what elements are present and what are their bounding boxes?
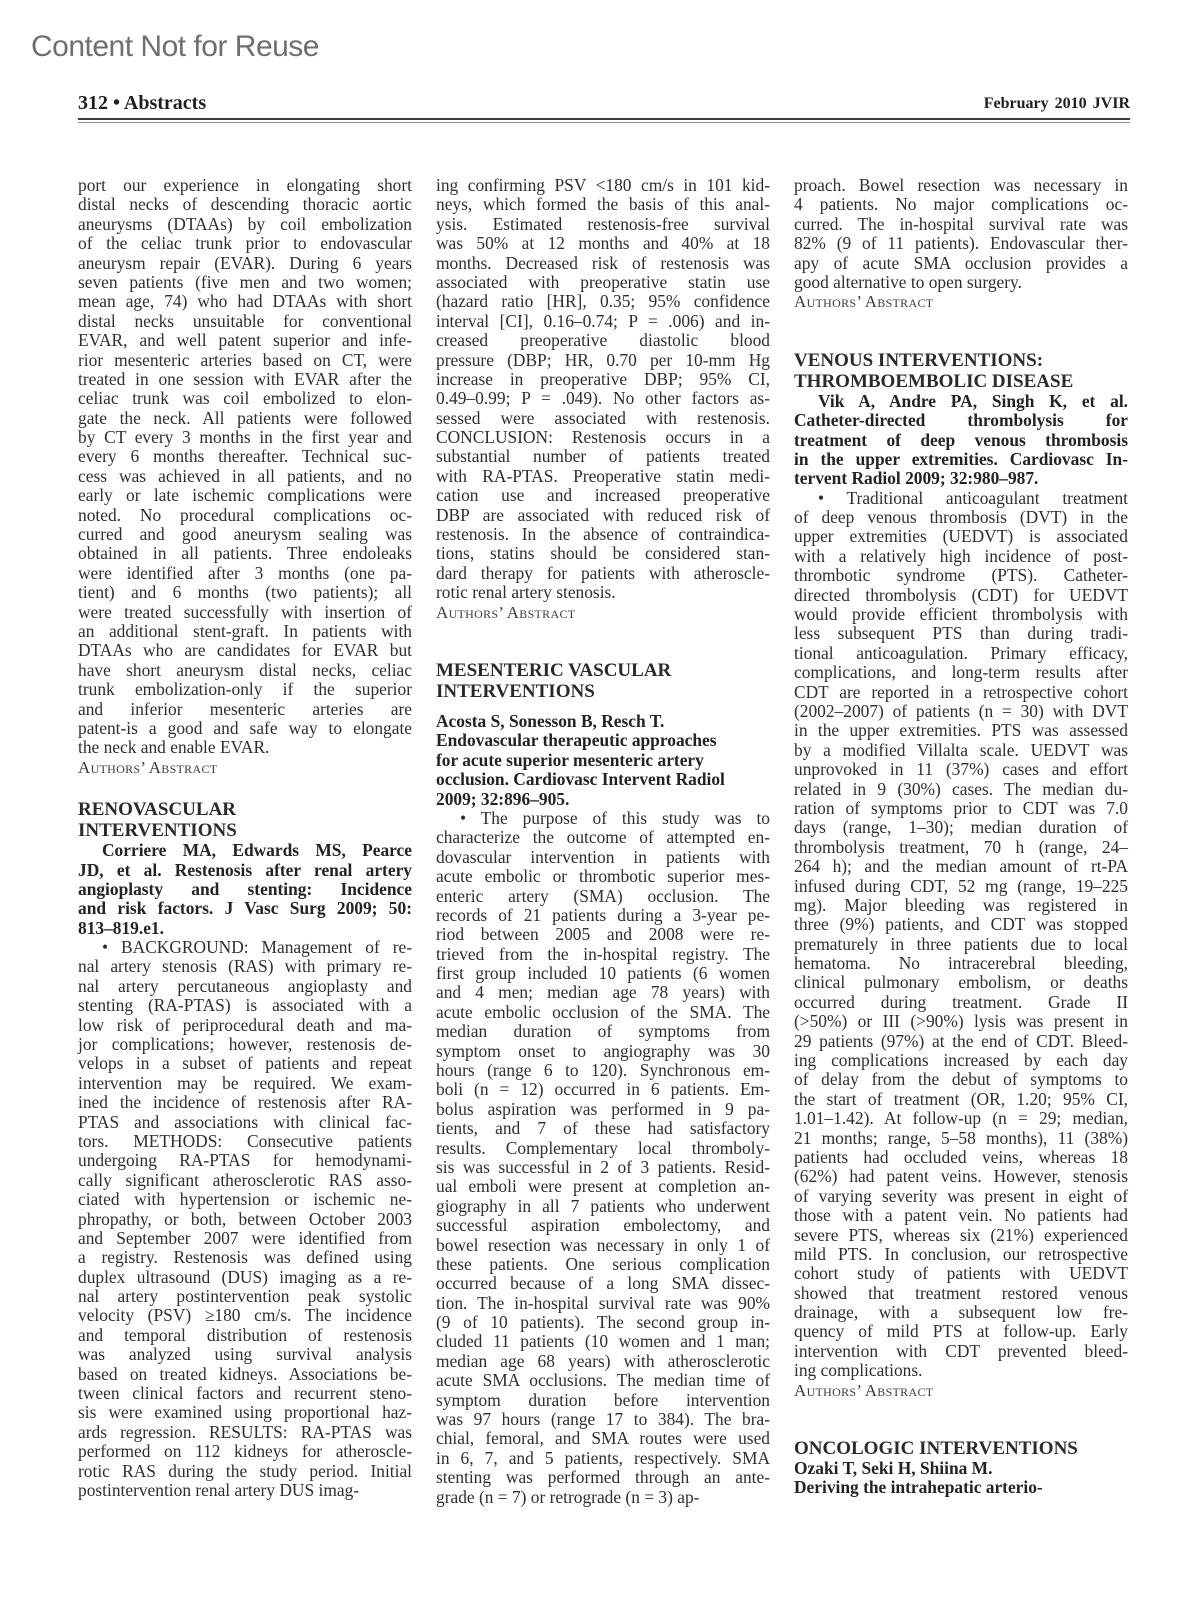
body-line: bowel resection was necessary in only 1 … xyxy=(436,1236,770,1255)
body-line: and 4 men; median age 78 years) with xyxy=(436,983,770,1002)
abstract-body: proach. Bowel resection was necessary in… xyxy=(794,176,1128,292)
authors-abstract-label: Authors’ Abstract xyxy=(78,758,412,777)
body-line: of the celiac trunk prior to endovascula… xyxy=(78,234,412,253)
body-line: mg). Major bleeding was registered in xyxy=(794,896,1128,915)
section-heading-line: INTERVENTIONS xyxy=(78,820,412,841)
body-line: enteric artery (SMA) occlusion. The xyxy=(436,887,770,906)
body-line: early or late ischemic complications wer… xyxy=(78,486,412,505)
body-line: sis was successful in 2 of 3 patients. R… xyxy=(436,1158,770,1177)
body-line: occurred during treatment. Grade II xyxy=(794,993,1128,1012)
body-line: rotic renal artery stenosis. xyxy=(436,583,770,602)
body-line: aneurysm repair (EVAR). During 6 years xyxy=(78,254,412,273)
attribution-label: Authors’ Abstract xyxy=(436,603,770,622)
body-line: was 50% at 12 months and 40% at 18 xyxy=(436,234,770,253)
body-line: those with a patent vein. No patients ha… xyxy=(794,1206,1128,1225)
body-line: proach. Bowel resection was necessary in xyxy=(794,176,1128,195)
body-line: three (9%) patients, and CDT was stopped xyxy=(794,915,1128,934)
body-line: distal necks of descending thoracic aort… xyxy=(78,195,412,214)
body-line: chial, femoral, and SMA routes were used xyxy=(436,1429,770,1448)
body-line: 264 h); and the median amount of rt-PA xyxy=(794,857,1128,876)
body-line: phropathy, or both, between October 2003 xyxy=(78,1210,412,1229)
body-line: (62%) had patent veins. However, stenosi… xyxy=(794,1167,1128,1186)
body-line: hematoma. No intracerebral bleeding, xyxy=(794,954,1128,973)
abstract-body: port our experience in elongating shortd… xyxy=(78,176,412,758)
citation-line: occlusion. Cardiovasc Intervent Radiol xyxy=(436,770,770,789)
body-line: of varying severity was present in eight… xyxy=(794,1187,1128,1206)
body-line: ciated with hypertension or ischemic ne- xyxy=(78,1190,412,1209)
body-line: with RA-PTAS. Preoperative statin medi- xyxy=(436,467,770,486)
body-line: less subsequent PTS than during tradi- xyxy=(794,624,1128,643)
body-line: postintervention renal artery DUS imag- xyxy=(78,1481,412,1500)
body-line: obtained in all patients. Three endoleak… xyxy=(78,544,412,563)
body-line: riod between 2005 and 2008 were re- xyxy=(436,925,770,944)
body-line: undergoing RA-PTAS for hemodynami- xyxy=(78,1151,412,1170)
citation-line: Ozaki T, Seki H, Shiina M. xyxy=(794,1459,1128,1478)
body-line: port our experience in elongating short xyxy=(78,176,412,195)
body-line: of deep venous thrombosis (DVT) in the xyxy=(794,508,1128,527)
citation-line: JD, et al. Restenosis after renal artery xyxy=(78,861,412,880)
body-line: duplex ultrasound (DUS) imaging as a re- xyxy=(78,1268,412,1287)
body-line: ards regression. RESULTS: RA-PTAS was xyxy=(78,1423,412,1442)
body-line: median age 68 years) with atheroscleroti… xyxy=(436,1352,770,1371)
column-3: proach. Bowel resection was necessary in… xyxy=(794,176,1128,1498)
body-line: 21 months; range, 5–58 months), 11 (38%) xyxy=(794,1129,1128,1148)
body-line: showed that treatment restored venous xyxy=(794,1284,1128,1303)
citation: Acosta S, Sonesson B, Resch T.Endovascul… xyxy=(436,712,770,809)
body-line: apy of acute SMA occlusion provides a xyxy=(794,254,1128,273)
body-line: by a modified Villalta scale. UEDVT was xyxy=(794,741,1128,760)
citation-line: treatment of deep venous thrombosis xyxy=(794,431,1128,450)
citation: Corriere MA, Edwards MS, PearceJD, et al… xyxy=(78,841,412,938)
watermark: Content Not for Reuse xyxy=(31,30,319,64)
body-line: would provide efficient thrombolysis wit… xyxy=(794,605,1128,624)
journal-issue: February 2010 JVIR xyxy=(984,95,1130,113)
body-line: days (range, 1–30); median duration of xyxy=(794,818,1128,837)
body-line: CDT are reported in a retrospective coho… xyxy=(794,683,1128,702)
attribution-label: Authors’ Abstract xyxy=(794,1381,1128,1400)
body-line: was analyzed using survival analysis xyxy=(78,1345,412,1364)
body-line: tients, and 7 of these had satisfactory xyxy=(436,1119,770,1138)
body-line: (hazard ratio [HR], 0.35; 95% confidence xyxy=(436,292,770,311)
body-line: occurred because of a long SMA dissec- xyxy=(436,1274,770,1293)
citation-line: Vik A, Andre PA, Singh K, et al. xyxy=(794,392,1128,411)
body-line: gate the neck. All patients were followe… xyxy=(78,409,412,428)
body-line: nal artery postintervention peak systoli… xyxy=(78,1287,412,1306)
body-line: 82% (9 of 11 patients). Endovascular the… xyxy=(794,234,1128,253)
body-line: mean age, 74) who had DTAAs with short xyxy=(78,292,412,311)
body-line: were treated successfully with insertion… xyxy=(78,603,412,622)
body-line: drainage, with a subsequent low fre- xyxy=(794,1303,1128,1322)
body-line: in 6, 7, and 5 patients, respectively. S… xyxy=(436,1449,770,1468)
body-line: ing complications increased by each day xyxy=(794,1051,1128,1070)
body-line: unprovoked in 11 (37%) cases and effort xyxy=(794,760,1128,779)
body-line: was 97 hours (range 17 to 384). The bra- xyxy=(436,1410,770,1429)
body-line: stenting (RA-PTAS) is associated with a xyxy=(78,996,412,1015)
body-line: hours (range 6 to 120). Synchronous em- xyxy=(436,1061,770,1080)
section-heading: VENOUS INTERVENTIONS:THROMBOEMBOLIC DISE… xyxy=(794,350,1128,392)
body-line: ration of symptoms prior to CDT was 7.0 xyxy=(794,799,1128,818)
body-line: ysis. Estimated restenosis-free survival xyxy=(436,215,770,234)
body-line: ing complications. xyxy=(794,1361,1128,1380)
body-line: ined the incidence of restenosis after R… xyxy=(78,1093,412,1112)
body-line: quency of mild PTS at follow-up. Early xyxy=(794,1322,1128,1341)
body-line: giography in all 7 patients who underwen… xyxy=(436,1197,770,1216)
body-line: sis were examined using proportional haz… xyxy=(78,1403,412,1422)
body-line: months. Decreased risk of restenosis was xyxy=(436,254,770,273)
body-line: patients had occluded veins, whereas 18 xyxy=(794,1148,1128,1167)
body-line: of delay from the debut of symptoms to xyxy=(794,1070,1128,1089)
body-line: ual emboli were present at completion an… xyxy=(436,1177,770,1196)
body-line: acute embolic or thrombotic superior mes… xyxy=(436,867,770,886)
body-line: noted. No procedural complications oc- xyxy=(78,506,412,525)
body-line: aneurysms (DTAAs) by coil embolization xyxy=(78,215,412,234)
body-line: distal necks unsuitable for conventional xyxy=(78,312,412,331)
body-line: in the upper extremities. PTS was assess… xyxy=(794,721,1128,740)
body-line: velocity (PSV) ≥180 cm/s. The incidence xyxy=(78,1306,412,1325)
section-heading-line: INTERVENTIONS xyxy=(436,681,770,702)
section-heading-line: ONCOLOGIC INTERVENTIONS xyxy=(794,1438,1128,1459)
body-line: intervention may be required. We exam- xyxy=(78,1074,412,1093)
body-line: curred and good aneurysm sealing was xyxy=(78,525,412,544)
section-heading: MESENTERIC VASCULARINTERVENTIONS xyxy=(436,660,770,702)
body-line: tween clinical factors and recurrent ste… xyxy=(78,1384,412,1403)
column-2: ing confirming PSV <180 cm/s in 101 kid-… xyxy=(436,176,770,1507)
section-heading-line: MESENTERIC VASCULAR xyxy=(436,660,770,681)
body-line: celiac trunk was coil embolized to elon- xyxy=(78,389,412,408)
body-line: 1.01–1.42). At follow-up (n = 29; median… xyxy=(794,1109,1128,1128)
body-line: seven patients (five men and two women; xyxy=(78,273,412,292)
body-line: dovascular intervention in patients with xyxy=(436,848,770,867)
body-line: • Traditional anticoagulant treatment xyxy=(794,489,1128,508)
body-line: the neck and enable EVAR. xyxy=(78,738,412,757)
body-line: (>50%) or III (>90%) lysis was present i… xyxy=(794,1012,1128,1031)
body-line: and September 2007 were identified from xyxy=(78,1229,412,1248)
citation-line: tervent Radiol 2009; 32:980–987. xyxy=(794,469,1128,488)
citation: Ozaki T, Seki H, Shiina M.Deriving the i… xyxy=(794,1459,1128,1498)
body-line: treated in one session with EVAR after t… xyxy=(78,370,412,389)
body-line: rotic RAS during the study period. Initi… xyxy=(78,1462,412,1481)
body-line: cess was achieved in all patients, and n… xyxy=(78,467,412,486)
body-line: nal artery percutaneous angioplasty and xyxy=(78,977,412,996)
body-line: related in 9 (30%) cases. The median du- xyxy=(794,780,1128,799)
body-line: tions, statins should be considered stan… xyxy=(436,544,770,563)
body-line: tion. The in-hospital survival rate was … xyxy=(436,1294,770,1313)
body-line: median duration of symptoms from xyxy=(436,1022,770,1041)
body-line: infused during CDT, 52 mg (range, 19–225 xyxy=(794,877,1128,896)
body-line: first group included 10 patients (6 wome… xyxy=(436,964,770,983)
citation-line: Acosta S, Sonesson B, Resch T. xyxy=(436,712,770,731)
body-line: ing confirming PSV <180 cm/s in 101 kid- xyxy=(436,176,770,195)
column-1: port our experience in elongating shortd… xyxy=(78,176,412,1500)
authors-abstract-label: Authors’ Abstract xyxy=(794,1381,1128,1400)
citation-line: Deriving the intrahepatic arterio- xyxy=(794,1478,1128,1497)
body-line: increase in preoperative DBP; 95% CI, xyxy=(436,370,770,389)
authors-abstract-label: Authors’ Abstract xyxy=(794,292,1128,311)
body-line: • The purpose of this study was to xyxy=(436,809,770,828)
body-line: velops in a subset of patients and repea… xyxy=(78,1054,412,1073)
body-line: (9 of 10 patients). The second group in- xyxy=(436,1313,770,1332)
body-line: these patients. One serious complication xyxy=(436,1255,770,1274)
body-line: tional anticoagulation. Primary efficacy… xyxy=(794,644,1128,663)
body-line: EVAR, and well patent superior and infe- xyxy=(78,331,412,350)
body-line: were identified after 3 months (one pa- xyxy=(78,564,412,583)
body-line: cation use and increased preoperative xyxy=(436,486,770,505)
body-line: by CT every 3 months in the first year a… xyxy=(78,428,412,447)
body-line: and inferior mesenteric arteries are xyxy=(78,700,412,719)
body-line: records of 21 patients during a 3-year p… xyxy=(436,906,770,925)
body-line: tors. METHODS: Consecutive patients xyxy=(78,1132,412,1151)
body-line: creased preoperative diastolic blood xyxy=(436,331,770,350)
body-line: trunk embolization-only if the superior xyxy=(78,680,412,699)
citation-line: 2009; 32:896–905. xyxy=(436,790,770,809)
body-line: the start of treatment (OR, 1.20; 95% CI… xyxy=(794,1090,1128,1109)
section-heading-line: VENOUS INTERVENTIONS: xyxy=(794,350,1128,371)
body-line: sessed were associated with restenosis. xyxy=(436,409,770,428)
body-line: thrombolysis treatment, 70 h (range, 24– xyxy=(794,838,1128,857)
body-line: (2002–2007) of patients (n = 30) with DV… xyxy=(794,702,1128,721)
body-line: prematurely in three patients due to loc… xyxy=(794,935,1128,954)
body-line: CONCLUSION: Restenosis occurs in a xyxy=(436,428,770,447)
body-line: jor complications; however, restenosis d… xyxy=(78,1035,412,1054)
body-line: based on treated kidneys. Associations b… xyxy=(78,1365,412,1384)
body-line: PTAS and associations with clinical fac- xyxy=(78,1113,412,1132)
body-line: restenosis. In the absence of contraindi… xyxy=(436,525,770,544)
body-line: thrombotic syndrome (PTS). Catheter- xyxy=(794,566,1128,585)
body-line: an additional stent-graft. In patients w… xyxy=(78,622,412,641)
citation-line: and risk factors. J Vasc Surg 2009; 50: xyxy=(78,899,412,918)
citation-line: 813–819.e1. xyxy=(78,919,412,938)
body-line: complications, and long-term results aft… xyxy=(794,663,1128,682)
body-line: 29 patients (97%) at the end of CDT. Ble… xyxy=(794,1032,1128,1051)
body-line: results. Complementary local thromboly- xyxy=(436,1139,770,1158)
body-line: and temporal distribution of restenosis xyxy=(78,1326,412,1345)
body-line: severe PTS, whereas six (21%) experience… xyxy=(794,1226,1128,1245)
section-heading: RENOVASCULARINTERVENTIONS xyxy=(78,799,412,841)
body-line: trieved from the in-hospital registry. T… xyxy=(436,945,770,964)
citation: Vik A, Andre PA, Singh K, et al.Catheter… xyxy=(794,392,1128,489)
body-line: substantial number of patients treated xyxy=(436,447,770,466)
citation-line: Corriere MA, Edwards MS, Pearce xyxy=(78,841,412,860)
body-line: characterize the outcome of attempted en… xyxy=(436,828,770,847)
body-line: upper extremities (UEDVT) is associated xyxy=(794,527,1128,546)
body-line: cohort study of patients with UEDVT xyxy=(794,1264,1128,1283)
abstract-body: • The purpose of this study was tocharac… xyxy=(436,809,770,1507)
body-line: rior mesenteric arteries based on CT, we… xyxy=(78,351,412,370)
body-line: a registry. Restenosis was defined using xyxy=(78,1248,412,1267)
body-line: have short aneurysm distal necks, celiac xyxy=(78,661,412,680)
body-line: pressure (DBP; HR, 0.70 per 10-mm Hg xyxy=(436,351,770,370)
body-line: grade (n = 7) or retrograde (n = 3) ap- xyxy=(436,1488,770,1507)
body-line: mild PTS. In conclusion, our retrospecti… xyxy=(794,1245,1128,1264)
attribution-label: Authors’ Abstract xyxy=(78,758,412,777)
body-line: low risk of periprocedural death and ma- xyxy=(78,1016,412,1035)
citation-line: in the upper extremities. Cardiovasc In- xyxy=(794,450,1128,469)
page-number-section: 312 • Abstracts xyxy=(78,92,206,115)
citation-line: Catheter-directed thrombolysis for xyxy=(794,411,1128,430)
body-line: associated with preoperative statin use xyxy=(436,273,770,292)
body-line: cally significant atherosclerotic RAS as… xyxy=(78,1171,412,1190)
body-line: tient) and 6 months (two patients); all xyxy=(78,583,412,602)
body-line: every 6 months thereafter. Technical suc… xyxy=(78,447,412,466)
body-line: good alternative to open surgery. xyxy=(794,273,1128,292)
body-line: boli (n = 12) occurred in 6 patients. Em… xyxy=(436,1080,770,1099)
abstract-body: • BACKGROUND: Management of re-nal arter… xyxy=(78,938,412,1500)
citation-line: Endovascular therapeutic approaches xyxy=(436,731,770,750)
body-line: acute SMA occlusions. The median time of xyxy=(436,1371,770,1390)
body-line: DBP are associated with reduced risk of xyxy=(436,506,770,525)
body-line: interval [CI], 0.16–0.74; P = .006) and … xyxy=(436,312,770,331)
body-line: 4 patients. No major complications oc- xyxy=(794,195,1128,214)
body-line: intervention with CDT prevented bleed- xyxy=(794,1342,1128,1361)
running-head: 312 • Abstracts February 2010 JVIR xyxy=(78,92,1130,120)
body-line: 0.49–0.99; P = .049). No other factors a… xyxy=(436,389,770,408)
body-line: directed thrombolysis (CDT) for UEDVT xyxy=(794,586,1128,605)
section-heading: ONCOLOGIC INTERVENTIONS xyxy=(794,1438,1128,1459)
body-line: patent-is a good and safe way to elongat… xyxy=(78,719,412,738)
body-line: with a relatively high incidence of post… xyxy=(794,547,1128,566)
body-line: curred. The in-hospital survival rate wa… xyxy=(794,215,1128,234)
abstract-body: • Traditional anticoagulant treatmentof … xyxy=(794,489,1128,1381)
abstract-body: ing confirming PSV <180 cm/s in 101 kid-… xyxy=(436,176,770,603)
citation-line: angioplasty and stenting: Incidence xyxy=(78,880,412,899)
body-line: nal artery stenosis (RAS) with primary r… xyxy=(78,957,412,976)
body-line: acute embolic occlusion of the SMA. The xyxy=(436,1003,770,1022)
body-line: clinical pulmonary embolism, or deaths xyxy=(794,973,1128,992)
section-heading-line: THROMBOEMBOLIC DISEASE xyxy=(794,371,1128,392)
body-line: successful aspiration embolectomy, and xyxy=(436,1216,770,1235)
body-line: bolus aspiration was performed in 9 pa- xyxy=(436,1100,770,1119)
body-line: performed on 112 kidneys for atheroscle- xyxy=(78,1442,412,1461)
body-line: symptom onset to angiography was 30 xyxy=(436,1042,770,1061)
body-line: symptom duration before intervention xyxy=(436,1391,770,1410)
body-line: dard therapy for patients with atheroscl… xyxy=(436,564,770,583)
body-line: neys, which formed the basis of this ana… xyxy=(436,195,770,214)
attribution-label: Authors’ Abstract xyxy=(794,292,1128,311)
body-line: cluded 11 patients (10 women and 1 man; xyxy=(436,1332,770,1351)
body-line: stenting was performed through an ante- xyxy=(436,1468,770,1487)
citation-line: for acute superior mesenteric artery xyxy=(436,751,770,770)
body-line: DTAAs who are candidates for EVAR but xyxy=(78,641,412,660)
body-line: • BACKGROUND: Management of re- xyxy=(78,938,412,957)
authors-abstract-label: Authors’ Abstract xyxy=(436,603,770,622)
section-heading-line: RENOVASCULAR xyxy=(78,799,412,820)
